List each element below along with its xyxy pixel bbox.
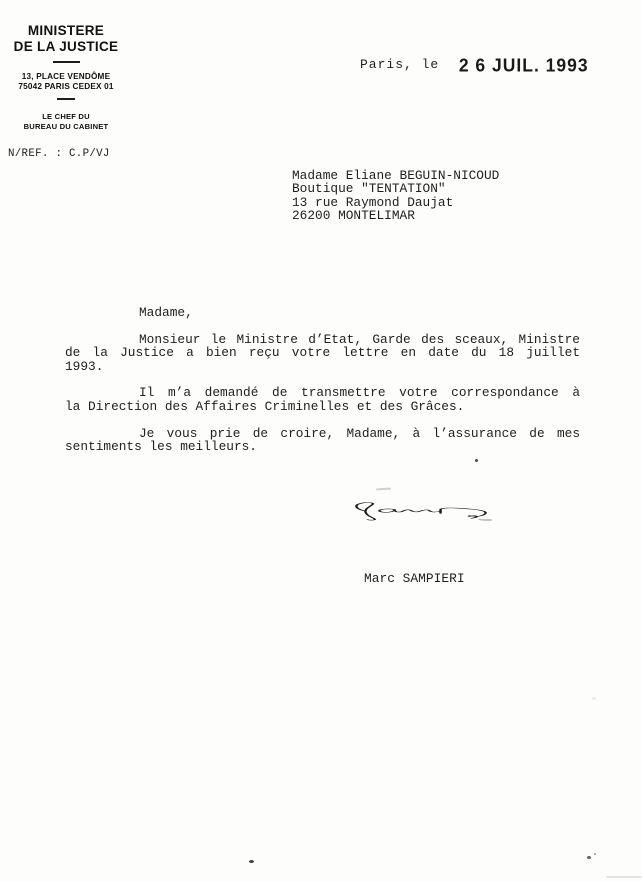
salutation: Madame, bbox=[65, 306, 580, 319]
scan-artifact bbox=[376, 488, 391, 491]
body-line: Il m’a demandé de transmettre votre corr… bbox=[65, 386, 580, 399]
sender-title-line1: LE CHEF DU bbox=[2, 112, 130, 122]
dateline: Paris, le 2 6 JUIL. 1993 bbox=[360, 55, 589, 76]
body-line: la Direction des Affaires Criminelles et… bbox=[65, 400, 580, 413]
reference-number: N/REF. : C.P/VJ bbox=[8, 148, 110, 160]
recipient-line: Madame Eliane BEGUIN-NICOUD bbox=[292, 169, 499, 182]
body-line: Je vous prie de croire, Madame, à l’assu… bbox=[65, 427, 580, 440]
letter-page: MINISTERE DE LA JUSTICE 13, PLACE VENDÔM… bbox=[0, 0, 642, 882]
letter-body: Madame, Monsieur le Ministre d’Etat, Gar… bbox=[65, 306, 580, 453]
scan-artifact bbox=[475, 459, 478, 462]
scan-artifact bbox=[606, 876, 642, 878]
recipient-line: 13 rue Raymond Daujat bbox=[292, 196, 499, 209]
ministry-name-line2: DE LA JUSTICE bbox=[2, 39, 130, 55]
handwritten-signature bbox=[350, 500, 500, 620]
letterhead-divider-top bbox=[53, 61, 80, 63]
recipient-line: Boutique "TENTATION" bbox=[292, 182, 499, 195]
body-line: Monsieur le Ministre d’Etat, Garde des s… bbox=[65, 333, 580, 346]
sender-title: LE CHEF DU BUREAU DU CABINET bbox=[2, 112, 130, 131]
scan-artifact bbox=[587, 856, 591, 859]
date-stamp: 2 6 JUIL. 1993 bbox=[459, 54, 589, 76]
blank-line bbox=[65, 413, 580, 426]
date-prefix: Paris, le bbox=[360, 57, 439, 72]
letterhead-divider-bottom bbox=[57, 98, 75, 100]
blank-line bbox=[65, 373, 580, 386]
body-line: sentiments les meilleurs. bbox=[65, 440, 580, 453]
ministry-name-line1: MINISTERE bbox=[2, 23, 130, 39]
letterhead-address-line1: 13, PLACE VENDÔME bbox=[2, 72, 130, 82]
scan-artifact bbox=[594, 853, 596, 855]
letterhead-address-line2: 75042 PARIS CEDEX 01 bbox=[2, 82, 130, 92]
recipient-address: Madame Eliane BEGUIN-NICOUD Boutique "TE… bbox=[292, 169, 499, 223]
scan-artifact bbox=[249, 860, 254, 863]
scan-artifact bbox=[592, 697, 596, 700]
ministry-name: MINISTERE DE LA JUSTICE bbox=[2, 23, 130, 54]
body-line: 1993. bbox=[65, 360, 580, 373]
letterhead: MINISTERE DE LA JUSTICE 13, PLACE VENDÔM… bbox=[2, 23, 130, 131]
recipient-line: 26200 MONTELIMAR bbox=[292, 209, 499, 222]
blank-line bbox=[65, 319, 580, 332]
sender-title-line2: BUREAU DU CABINET bbox=[2, 122, 130, 132]
body-line: de la Justice a bien reçu votre lettre e… bbox=[65, 346, 580, 359]
letterhead-address: 13, PLACE VENDÔME 75042 PARIS CEDEX 01 bbox=[2, 72, 130, 92]
